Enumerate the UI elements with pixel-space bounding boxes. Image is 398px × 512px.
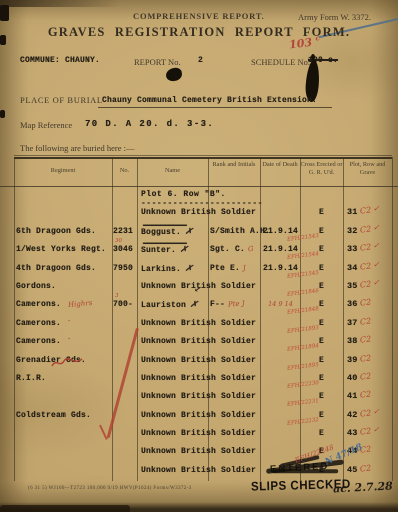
number-text: 3046 bbox=[113, 245, 133, 254]
rank-cell bbox=[210, 391, 213, 401]
grave-number: 37 bbox=[347, 318, 358, 328]
table-row: R.I.R. Unknown British Soldier EEFH/2223… bbox=[0, 370, 398, 388]
cross-text: E bbox=[319, 392, 324, 401]
cross-cell: EEFH/22232 bbox=[301, 410, 342, 420]
regiment-cell bbox=[16, 446, 23, 456]
grave-cell: 33C2✓ bbox=[347, 244, 380, 254]
cross-cell: EEFH/22231 bbox=[301, 391, 342, 401]
table-header-row: Regiment No. Name Rank and Initials Date… bbox=[0, 159, 398, 187]
grave-cell: 31C2✓ bbox=[347, 207, 380, 217]
rank-cell bbox=[210, 207, 213, 217]
number-text: 7950 bbox=[113, 264, 133, 273]
name-text: Unknown British Soldier bbox=[141, 337, 256, 346]
date-text: 21.9.14 bbox=[263, 245, 298, 254]
x-mark: ✗ bbox=[189, 299, 198, 311]
name-cell: Lauriston✗ bbox=[141, 299, 198, 310]
grave-number: 42 bbox=[347, 410, 358, 420]
name-cell: Unknown British Soldier bbox=[141, 373, 260, 383]
table-body: Plot 6. Row "B".----------------------- … bbox=[0, 186, 398, 480]
regiment-cell: 4th Dragoon Gds. bbox=[16, 263, 103, 273]
handwritten-schedule-suffix: c bbox=[315, 33, 320, 42]
regiment-cell: Gordons. bbox=[16, 281, 63, 291]
grave-number: 33 bbox=[347, 244, 358, 254]
x-mark: ✗ bbox=[184, 262, 193, 274]
map-reference-label: Map Reference bbox=[20, 120, 72, 130]
table-row: Camerons.″ Unknown British Soldier EEFH/… bbox=[0, 333, 398, 351]
name-cell: Unknown British Soldier bbox=[141, 465, 260, 475]
regiment-text: 1/West Yorks Regt. bbox=[16, 245, 106, 254]
name-cell: Unknown British Soldier bbox=[141, 410, 260, 420]
handwritten-schedule-number: 103 c bbox=[288, 33, 321, 51]
grave-number: 38 bbox=[347, 336, 358, 346]
col-header-name: Name bbox=[137, 167, 208, 175]
rank-cell bbox=[210, 355, 213, 365]
regiment-annotation: ″ bbox=[68, 337, 71, 345]
grave-annotation: C2 bbox=[359, 390, 371, 400]
grave-annotation: C2 bbox=[359, 371, 371, 381]
regiment-cell bbox=[16, 391, 23, 401]
report-no-value: 2 bbox=[198, 56, 203, 65]
scan-edge-shadow bbox=[0, 0, 120, 7]
cross-text: E bbox=[319, 319, 324, 328]
grave-number: 31 bbox=[347, 207, 358, 217]
rank-cell bbox=[210, 281, 213, 291]
name-text: Lauriston bbox=[141, 301, 186, 310]
col-header-date: Date of Death bbox=[260, 161, 300, 169]
regiment-text: Camerons. bbox=[16, 337, 61, 346]
name-text: Unknown British Soldier bbox=[141, 356, 256, 365]
grave-cell: 32C2✓ bbox=[347, 226, 380, 236]
number-annotation: 30 bbox=[115, 238, 122, 244]
name-text: Unknown British Soldier bbox=[141, 411, 256, 420]
regiment-cell: R.I.R. bbox=[16, 373, 53, 383]
name-cell: Unknown British Soldier bbox=[141, 207, 260, 217]
grave-cell: 35C2✓ bbox=[347, 281, 380, 291]
name-cell: Unknown British Soldier bbox=[141, 446, 260, 456]
grave-number: 34 bbox=[347, 263, 358, 273]
rank-annotation: Pte J bbox=[228, 300, 245, 309]
col-header-cross: Cross Erected or G. R. U'd. bbox=[300, 161, 343, 177]
schedule-no-label: SCHEDULE No. bbox=[251, 57, 310, 67]
date-cell: 14 9 14 bbox=[261, 299, 300, 309]
table-row: 1/West Yorks Regt. 303046 ━━━━━━━━━━Sunt… bbox=[0, 241, 398, 259]
name-text: Unknown British Soldier bbox=[141, 319, 256, 328]
name-cell: Unknown British Soldier bbox=[141, 355, 260, 365]
rank-cell bbox=[210, 428, 213, 438]
name-text: Unknown British Soldier bbox=[141, 392, 256, 401]
cross-text: E bbox=[319, 337, 324, 346]
name-cell: Plot 6. Row "B".----------------------- bbox=[141, 189, 230, 199]
name-cell: Unknown British Soldier bbox=[141, 391, 260, 401]
handwritten-schedule-value: 103 bbox=[288, 36, 312, 52]
number-annotation: 3 bbox=[115, 293, 119, 299]
col-header-grave: Plot, Row and Grave bbox=[343, 161, 392, 177]
ink-blot bbox=[165, 67, 183, 82]
grave-cell: 38C2 bbox=[347, 336, 373, 346]
regiment-text: 4th Dragoon Gds. bbox=[16, 264, 96, 273]
grave-annotation: C2 bbox=[359, 224, 371, 234]
table-row: 6th Dragoon Gds. 2231 ━━━━━━━━━━Boggust.… bbox=[0, 223, 398, 241]
x-mark: ✗ bbox=[179, 244, 188, 256]
rank-text: Sgt. C. bbox=[210, 245, 245, 254]
cross-cell: EEFH/21543 bbox=[301, 226, 342, 236]
cross-cell: EEFH/21894 bbox=[301, 336, 342, 346]
regiment-annotation: ″ bbox=[68, 319, 71, 327]
rank-cell bbox=[210, 189, 213, 199]
place-of-burial-value: Chauny Communal Cemetery British Extensi… bbox=[102, 96, 317, 105]
place-of-burial-label: PLACE OF BURIAL bbox=[20, 95, 103, 105]
intro-text: The following are buried here :— bbox=[20, 143, 134, 153]
number-text: 700- bbox=[113, 300, 133, 309]
regiment-text: R.I.R. bbox=[16, 374, 46, 383]
table-row: Unknown British Soldier E 31C2✓ bbox=[0, 204, 398, 222]
grave-annotation: C2 bbox=[359, 261, 371, 271]
grave-annotation: C2 bbox=[359, 298, 371, 308]
table-row: Plot 6. Row "B".----------------------- bbox=[0, 186, 398, 204]
cross-text: E bbox=[319, 300, 324, 309]
name-cell: Unknown British Soldier bbox=[141, 318, 260, 328]
regiment-cell bbox=[16, 465, 23, 475]
rank-cell: Pte E.J bbox=[210, 263, 246, 273]
rank-cell bbox=[210, 336, 213, 346]
red-scribble bbox=[50, 356, 84, 370]
date-annotation: 14 9 14 bbox=[268, 300, 293, 308]
regiment-cell: Camerons.Highrs bbox=[16, 299, 92, 309]
handwritten-date: ac. 2.7.28 bbox=[333, 479, 393, 495]
graves-registration-form: COMPREHENSIVE REPORT. Army Form W. 3372.… bbox=[0, 0, 398, 512]
number-cell: 7950 bbox=[113, 263, 133, 273]
name-cell: Unknown British Soldier bbox=[141, 428, 260, 438]
underline-rule bbox=[98, 107, 332, 108]
regiment-cell: Coldstream Gds. bbox=[16, 410, 98, 420]
ink-scribble bbox=[272, 469, 338, 473]
grave-annotation: C2 bbox=[359, 353, 371, 363]
check-mark: ✓ bbox=[373, 260, 380, 269]
rank-cell: F--Pte J bbox=[210, 299, 245, 309]
rank-cell bbox=[210, 373, 213, 383]
map-reference-value: 70 D. A 20. d. 3-3. bbox=[85, 119, 214, 129]
grave-annotation: C2 bbox=[359, 408, 371, 418]
cross-cell: EEFH/21545 bbox=[301, 263, 342, 273]
regiment-text: Camerons. bbox=[16, 300, 61, 309]
cross-text: E bbox=[319, 245, 324, 254]
rank-cell bbox=[210, 318, 213, 328]
regiment-text: Camerons. bbox=[16, 319, 61, 328]
grave-number: 36 bbox=[347, 299, 358, 309]
date-cell: 21.9.14 bbox=[261, 226, 300, 236]
name-cell: ━━━━━━━━━━Boggust.✗ bbox=[141, 226, 193, 237]
check-mark: ✓ bbox=[373, 204, 380, 213]
rank-text: Pte E. bbox=[210, 264, 240, 273]
number-text: 2231 bbox=[113, 227, 133, 236]
cross-cell: EEFH/21544 bbox=[301, 244, 342, 254]
ink-blot bbox=[0, 110, 5, 118]
grave-annotation: C2 bbox=[359, 316, 371, 326]
check-mark: ✓ bbox=[373, 278, 380, 287]
grave-number: 39 bbox=[347, 355, 358, 365]
grave-annotation: C2 bbox=[359, 243, 371, 253]
table-row: Coldstream Gds. Unknown British Soldier … bbox=[0, 407, 398, 425]
number-cell: 3700- bbox=[113, 299, 133, 309]
printer-code: (6 31 5) WJ160—T2723 100,000 9/19 HWV(P1… bbox=[28, 486, 192, 491]
struck-out-text: ━━━━━━━━━━ bbox=[143, 221, 186, 231]
rank-cell bbox=[210, 446, 213, 456]
regiment-text: Coldstream Gds. bbox=[16, 411, 91, 420]
name-cell: Larkins.✗ bbox=[141, 263, 193, 274]
rank-cell bbox=[210, 465, 213, 475]
cross-cell: EEFH/22230 bbox=[301, 373, 342, 383]
commune-label: COMMUNE: bbox=[20, 56, 60, 65]
number-cell: 2231 bbox=[113, 226, 133, 236]
ink-blot bbox=[0, 5, 9, 21]
name-cell: ━━━━━━━━━━Sunter.✗ bbox=[141, 244, 188, 255]
regiment-cell: Camerons.″ bbox=[16, 318, 71, 328]
grave-cell: 37C2 bbox=[347, 318, 373, 328]
table-row: Unknown British Soldier E 43C2✓ bbox=[0, 425, 398, 443]
check-mark: ✓ bbox=[373, 223, 380, 232]
cross-text: E bbox=[319, 429, 324, 438]
col-header-rank: Rank and Initials bbox=[208, 161, 260, 169]
cross-cell: EEFH/21846 bbox=[301, 281, 342, 291]
commune-value: CHAUNY. bbox=[65, 56, 100, 65]
grave-cell: 36C2 bbox=[347, 299, 373, 309]
grave-cell bbox=[347, 189, 351, 199]
check-mark: ✓ bbox=[373, 407, 380, 416]
date-cell: 21.9.14 bbox=[261, 263, 300, 273]
x-mark: ✗ bbox=[184, 225, 193, 237]
table-row: Camerons.″ Unknown British Soldier EEFH/… bbox=[0, 315, 398, 333]
name-text: Unknown British Soldier bbox=[141, 447, 256, 456]
date-cell: 21.9.14 bbox=[261, 244, 300, 254]
grave-number: 40 bbox=[347, 373, 358, 383]
cross-text: E bbox=[319, 208, 324, 217]
grave-number: 32 bbox=[347, 226, 358, 236]
number-cell: 303046 bbox=[113, 244, 133, 254]
table-top-rule-thin bbox=[14, 155, 392, 156]
regiment-text: Gordons. bbox=[16, 282, 56, 291]
rank-annotation: J bbox=[243, 263, 246, 271]
col-header-regiment: Regiment bbox=[14, 167, 112, 175]
name-text: Unknown British Soldier bbox=[141, 208, 256, 217]
name-cell: Unknown British Soldier bbox=[141, 336, 260, 346]
regiment-cell: 1/West Yorks Regt. bbox=[16, 244, 113, 254]
grave-annotation: C2 bbox=[359, 463, 371, 473]
regiment-cell bbox=[16, 207, 23, 217]
grave-annotation: C2 bbox=[359, 427, 371, 437]
cross-cell: EEFH/21895 bbox=[301, 355, 342, 365]
page-title: GRAVES REGISTRATION REPORT FORM. bbox=[0, 25, 398, 40]
regiment-cell: 6th Dragoon Gds. bbox=[16, 226, 103, 236]
rank-cell bbox=[210, 410, 213, 420]
name-text: Larkins. bbox=[141, 265, 181, 274]
date-text: 21.9.14 bbox=[263, 264, 298, 273]
grave-cell: 43C2✓ bbox=[347, 428, 380, 438]
table-row: Camerons.Highrs 3700- Lauriston✗ F--Pte … bbox=[0, 296, 398, 314]
scan-edge-shadow bbox=[0, 505, 130, 512]
grave-number: 41 bbox=[347, 391, 358, 401]
name-text: Plot 6. Row "B". bbox=[141, 190, 226, 199]
cross-text: E bbox=[319, 227, 324, 236]
report-no-label: REPORT No. bbox=[134, 57, 181, 67]
grave-cell: 41C2 bbox=[347, 391, 373, 401]
cross-text: E bbox=[319, 264, 324, 273]
grave-annotation: C2 bbox=[359, 206, 371, 216]
grave-annotation: C2 bbox=[359, 279, 371, 289]
ink-blot bbox=[311, 54, 315, 60]
grave-number: 35 bbox=[347, 281, 358, 291]
table-row: 4th Dragoon Gds. 7950 Larkins.✗ Pte E.J … bbox=[0, 260, 398, 278]
name-text: Unknown British Soldier bbox=[141, 429, 256, 438]
name-text: Unknown British Soldier bbox=[141, 466, 256, 475]
cross-text: E bbox=[319, 282, 324, 291]
cross-text: E bbox=[319, 411, 324, 420]
rank-cell: Sgt. C.G bbox=[210, 244, 254, 254]
commune-line: COMMUNE: CHAUNY. bbox=[20, 56, 100, 65]
name-text: Unknown British Soldier bbox=[141, 374, 256, 383]
table-row: Unknown British Soldier EEFH/22231 41C2 bbox=[0, 388, 398, 406]
grave-cell: 39C2 bbox=[347, 355, 373, 365]
army-form-number: Army Form W. 3372. bbox=[298, 12, 371, 22]
cross-cell: E bbox=[301, 207, 342, 217]
check-mark: ✓ bbox=[373, 241, 380, 250]
date-text: 21.9.14 bbox=[263, 227, 298, 236]
grave-cell: 42C2✓ bbox=[347, 410, 380, 420]
check-mark: ✓ bbox=[373, 425, 380, 434]
report-type-heading: COMPREHENSIVE REPORT. bbox=[133, 11, 265, 21]
regiment-cell: Camerons.″ bbox=[16, 336, 71, 346]
cross-text: E bbox=[319, 356, 324, 365]
cross-cell: E bbox=[301, 428, 342, 438]
grave-cell: 34C2✓ bbox=[347, 263, 380, 273]
cross-cell: EEFH/21848 bbox=[301, 299, 342, 309]
rank-annotation: G bbox=[248, 245, 254, 253]
rank-text: F-- bbox=[210, 300, 225, 309]
regiment-text: 6th Dragoon Gds. bbox=[16, 227, 96, 236]
cross-text: E bbox=[319, 374, 324, 383]
cross-cell: EEFH/21893 bbox=[301, 318, 342, 328]
grave-number: 43 bbox=[347, 428, 358, 438]
col-header-no: No. bbox=[112, 167, 137, 175]
regiment-cell bbox=[16, 428, 23, 438]
regiment-cell bbox=[16, 189, 23, 199]
grave-cell: 40C2 bbox=[347, 373, 373, 383]
grave-annotation: C2 bbox=[359, 335, 371, 345]
regiment-annotation: Highrs bbox=[68, 299, 93, 309]
